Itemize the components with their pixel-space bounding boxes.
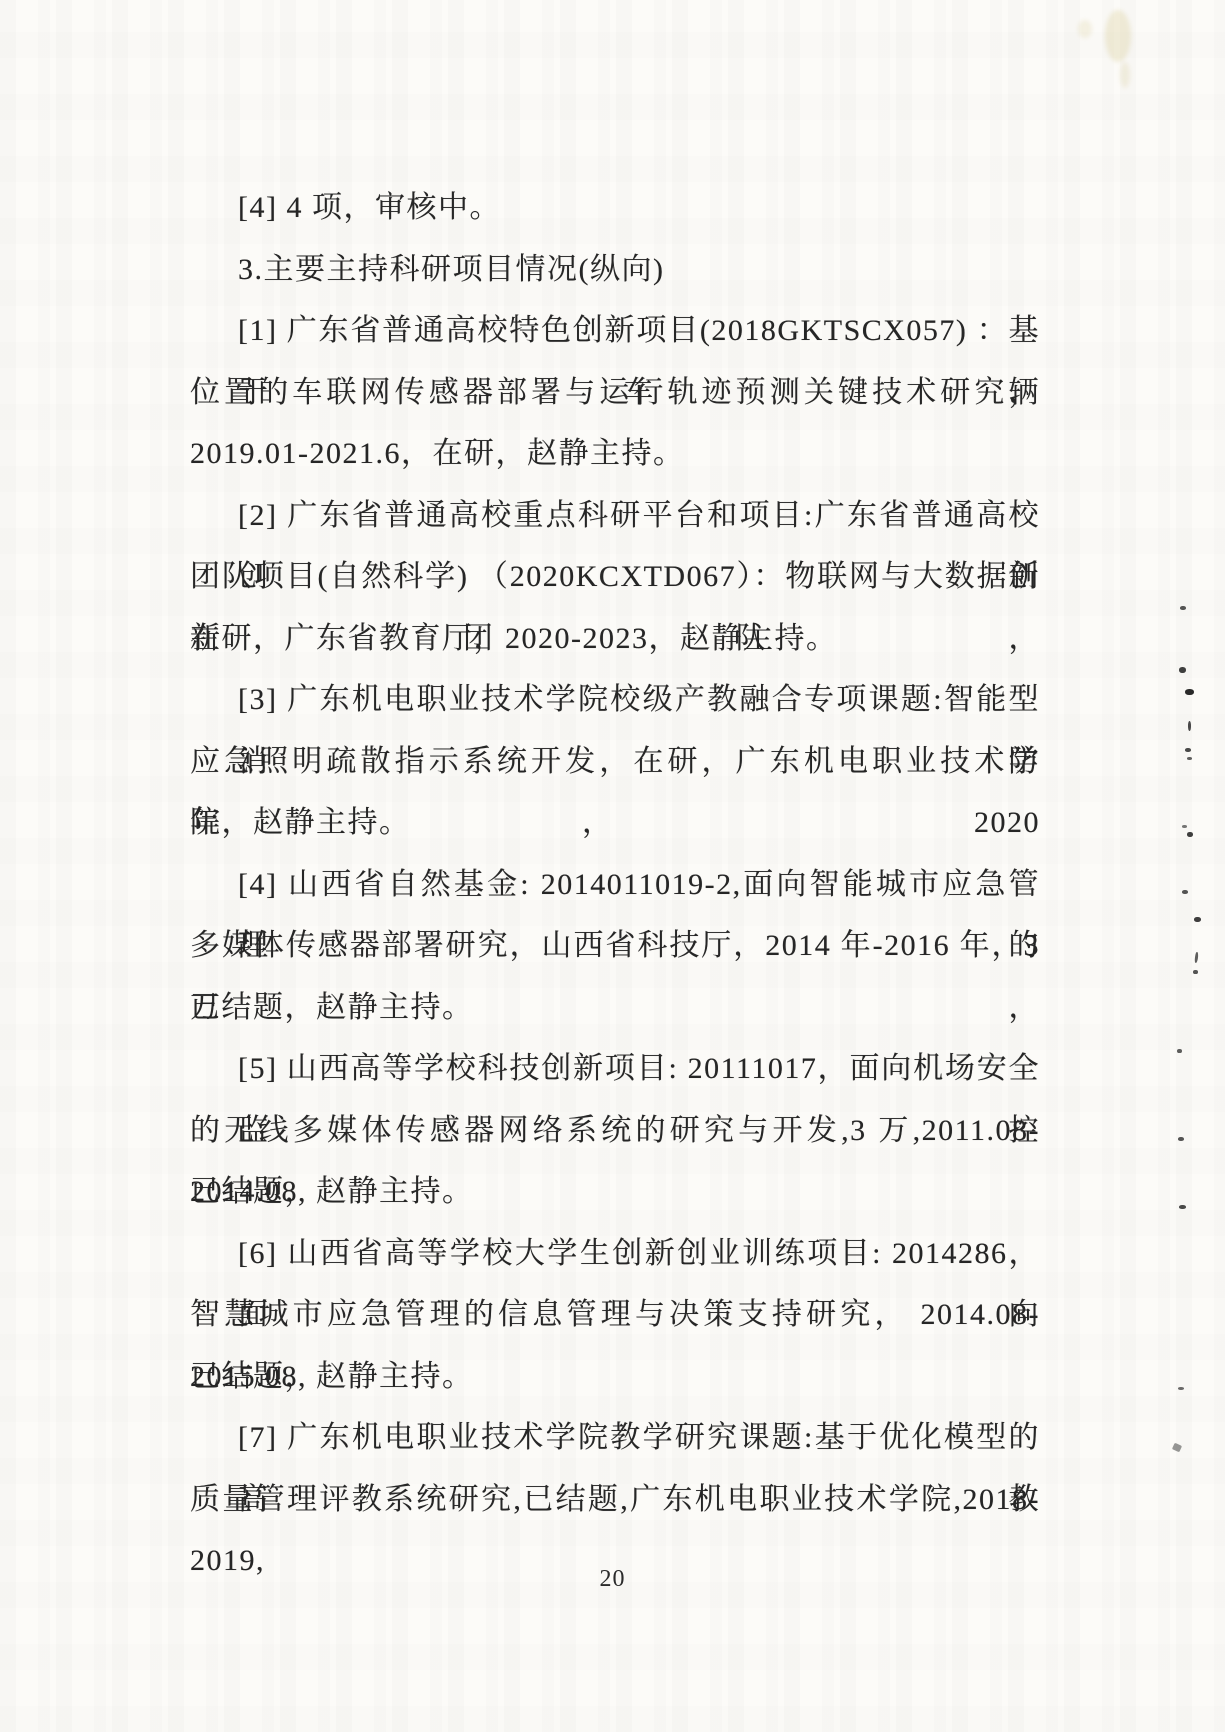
text-line: [7] 广东机电职业技术学院教学研究课题:基于优化模型的高教 (190, 1407, 1040, 1469)
scan-speck (1178, 1387, 1184, 1390)
text-line: 应急照明疏散指示系统开发，在研，广东机电职业技术学院，2020 (190, 731, 1040, 793)
scan-speck (1178, 1137, 1184, 1141)
text-line: 团队项目(自然科学) （2020KCXTD067）：物联网与大数据创新团队， (190, 546, 1040, 608)
scan-speck (1194, 952, 1199, 963)
scan-speck (1182, 825, 1187, 828)
text-line: 已结题，赵静主持。 (190, 1346, 1040, 1408)
scan-speck (1185, 748, 1191, 752)
scan-speck (1177, 1049, 1182, 1053)
scan-speck (1179, 1205, 1186, 1209)
text-line: 3.主要主持科研项目情况(纵向) (190, 239, 1040, 301)
text-line: 2019.01-2021.6，在研，赵静主持。 (190, 423, 1040, 485)
scan-speck (1188, 721, 1191, 731)
text-line: [3] 广东机电职业技术学院校级产教融合专项课题:智能型消防 (190, 669, 1040, 731)
scan-speck (1185, 689, 1194, 695)
text-line: [5] 山西高等学校科技创新项目: 20111017，面向机场安全监控 (190, 1038, 1040, 1100)
text-line: [1] 广东省普通高校特色创新项目(2018GKTSCX057) ：基于车辆 (190, 300, 1040, 362)
text-line: 质量管理评教系统研究,已结题,广东机电职业技术学院,2018-2019, (190, 1469, 1040, 1531)
scan-speck (1194, 917, 1201, 922)
page-number: 20 (0, 1566, 1225, 1593)
text-line: 多媒体传感器部署研究，山西省科技厅，2014 年-2016 年，3 万， (190, 915, 1040, 977)
text-line: [4] 4 项，审核中。 (190, 177, 1040, 239)
scan-speck (1179, 667, 1186, 673)
scan-smudge (1120, 62, 1130, 88)
text-line: 位置的车联网传感器部署与运行轨迹预测关键技术研究， (190, 362, 1040, 424)
text-line: 已结题，赵静主持。 (190, 1161, 1040, 1223)
text-line: 智慧城市应急管理的信息管理与决策支持研究， 2014.08-2015.08, (190, 1284, 1040, 1346)
scan-speck (1193, 970, 1198, 974)
scan-speck (1187, 757, 1192, 760)
scan-speck (1172, 1443, 1182, 1453)
text-line: [6] 山西省高等学校大学生创新创业训练项目: 2014286，面向 (190, 1223, 1040, 1285)
text-line: [2] 广东省普通高校重点科研平台和项目:广东省普通高校创新 (190, 485, 1040, 547)
scan-speck (1180, 606, 1186, 610)
scan-speck (1182, 890, 1188, 894)
document-body: [4] 4 项，审核中。 3.主要主持科研项目情况(纵向) [1] 广东省普通高… (190, 177, 1040, 1530)
text-line: [4] 山西省自然基金: 2014011019-2,面向智能城市应急管理的 (190, 854, 1040, 916)
text-line: 的无线多媒体传感器网络系统的研究与开发,3 万,2011.08-2014.08, (190, 1100, 1040, 1162)
scanned-document-page: [4] 4 项，审核中。 3.主要主持科研项目情况(纵向) [1] 广东省普通高… (0, 0, 1225, 1732)
scan-smudge (1078, 20, 1092, 38)
scan-speck (1187, 832, 1193, 837)
scan-smudge (1105, 10, 1131, 62)
